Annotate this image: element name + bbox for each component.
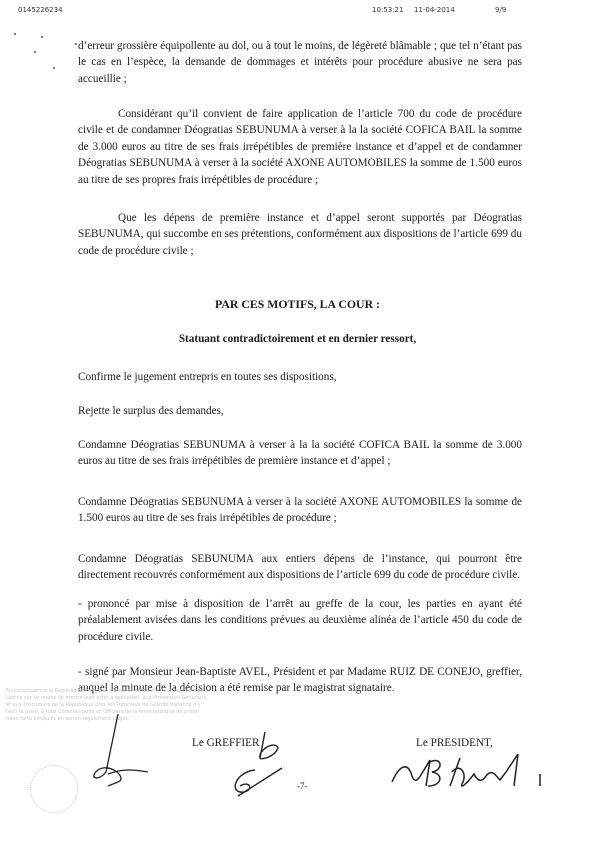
paragraph-article-700: Considérant qu’il convient de faire appl… [78, 106, 522, 188]
scan-speck [14, 33, 16, 35]
scan-speck [53, 67, 55, 69]
dispositif-rejette: Rejette le surplus des demandes, [78, 403, 522, 419]
scan-speck [41, 36, 43, 38]
scan-speck [34, 51, 36, 53]
heading-par-ces-motifs: PAR CES MOTIFS, LA COUR : [0, 297, 595, 312]
paragraph-erreur-grossiere: d’erreur grossière équipollente au dol, … [78, 38, 522, 87]
fax-page-count: 9/9 [495, 6, 506, 14]
dispositif-condamne-cofica: Condamne Déogratias SEBUNUMA à verser à … [78, 437, 522, 470]
paragraph-depens: Que les dépens de première instance et d… [78, 210, 522, 259]
fax-header: 0145226234 10:53:21 11-04-2014 9/9 [0, 6, 595, 18]
greffier-signature [230, 730, 290, 800]
fax-date: 11-04-2014 [414, 6, 455, 14]
fax-sender-number: 0145226234 [18, 6, 63, 14]
stamp-signature [88, 712, 158, 792]
president-signature [390, 752, 580, 792]
page-number: -7- [297, 781, 308, 791]
dispositif-condamne-axone: Condamne Déogratias SEBUNUMA à verser à … [78, 494, 522, 527]
dispositif-confirme: Confirme le jugement entrepris en toutes… [78, 369, 522, 385]
subheading-statuant: Statuant contradictoirement et en dernie… [0, 333, 595, 345]
seal-stamp [30, 765, 78, 813]
dispositif-prononce: - prononcé par mise à disposition de l’a… [78, 596, 522, 645]
fax-time: 10:53:21 [372, 6, 403, 14]
scan-speck [75, 43, 77, 45]
president-label: Le PRESIDENT, [416, 737, 493, 749]
dispositif-condamne-depens: Condamne Déogratias SEBUNUMA aux entiers… [78, 551, 522, 584]
